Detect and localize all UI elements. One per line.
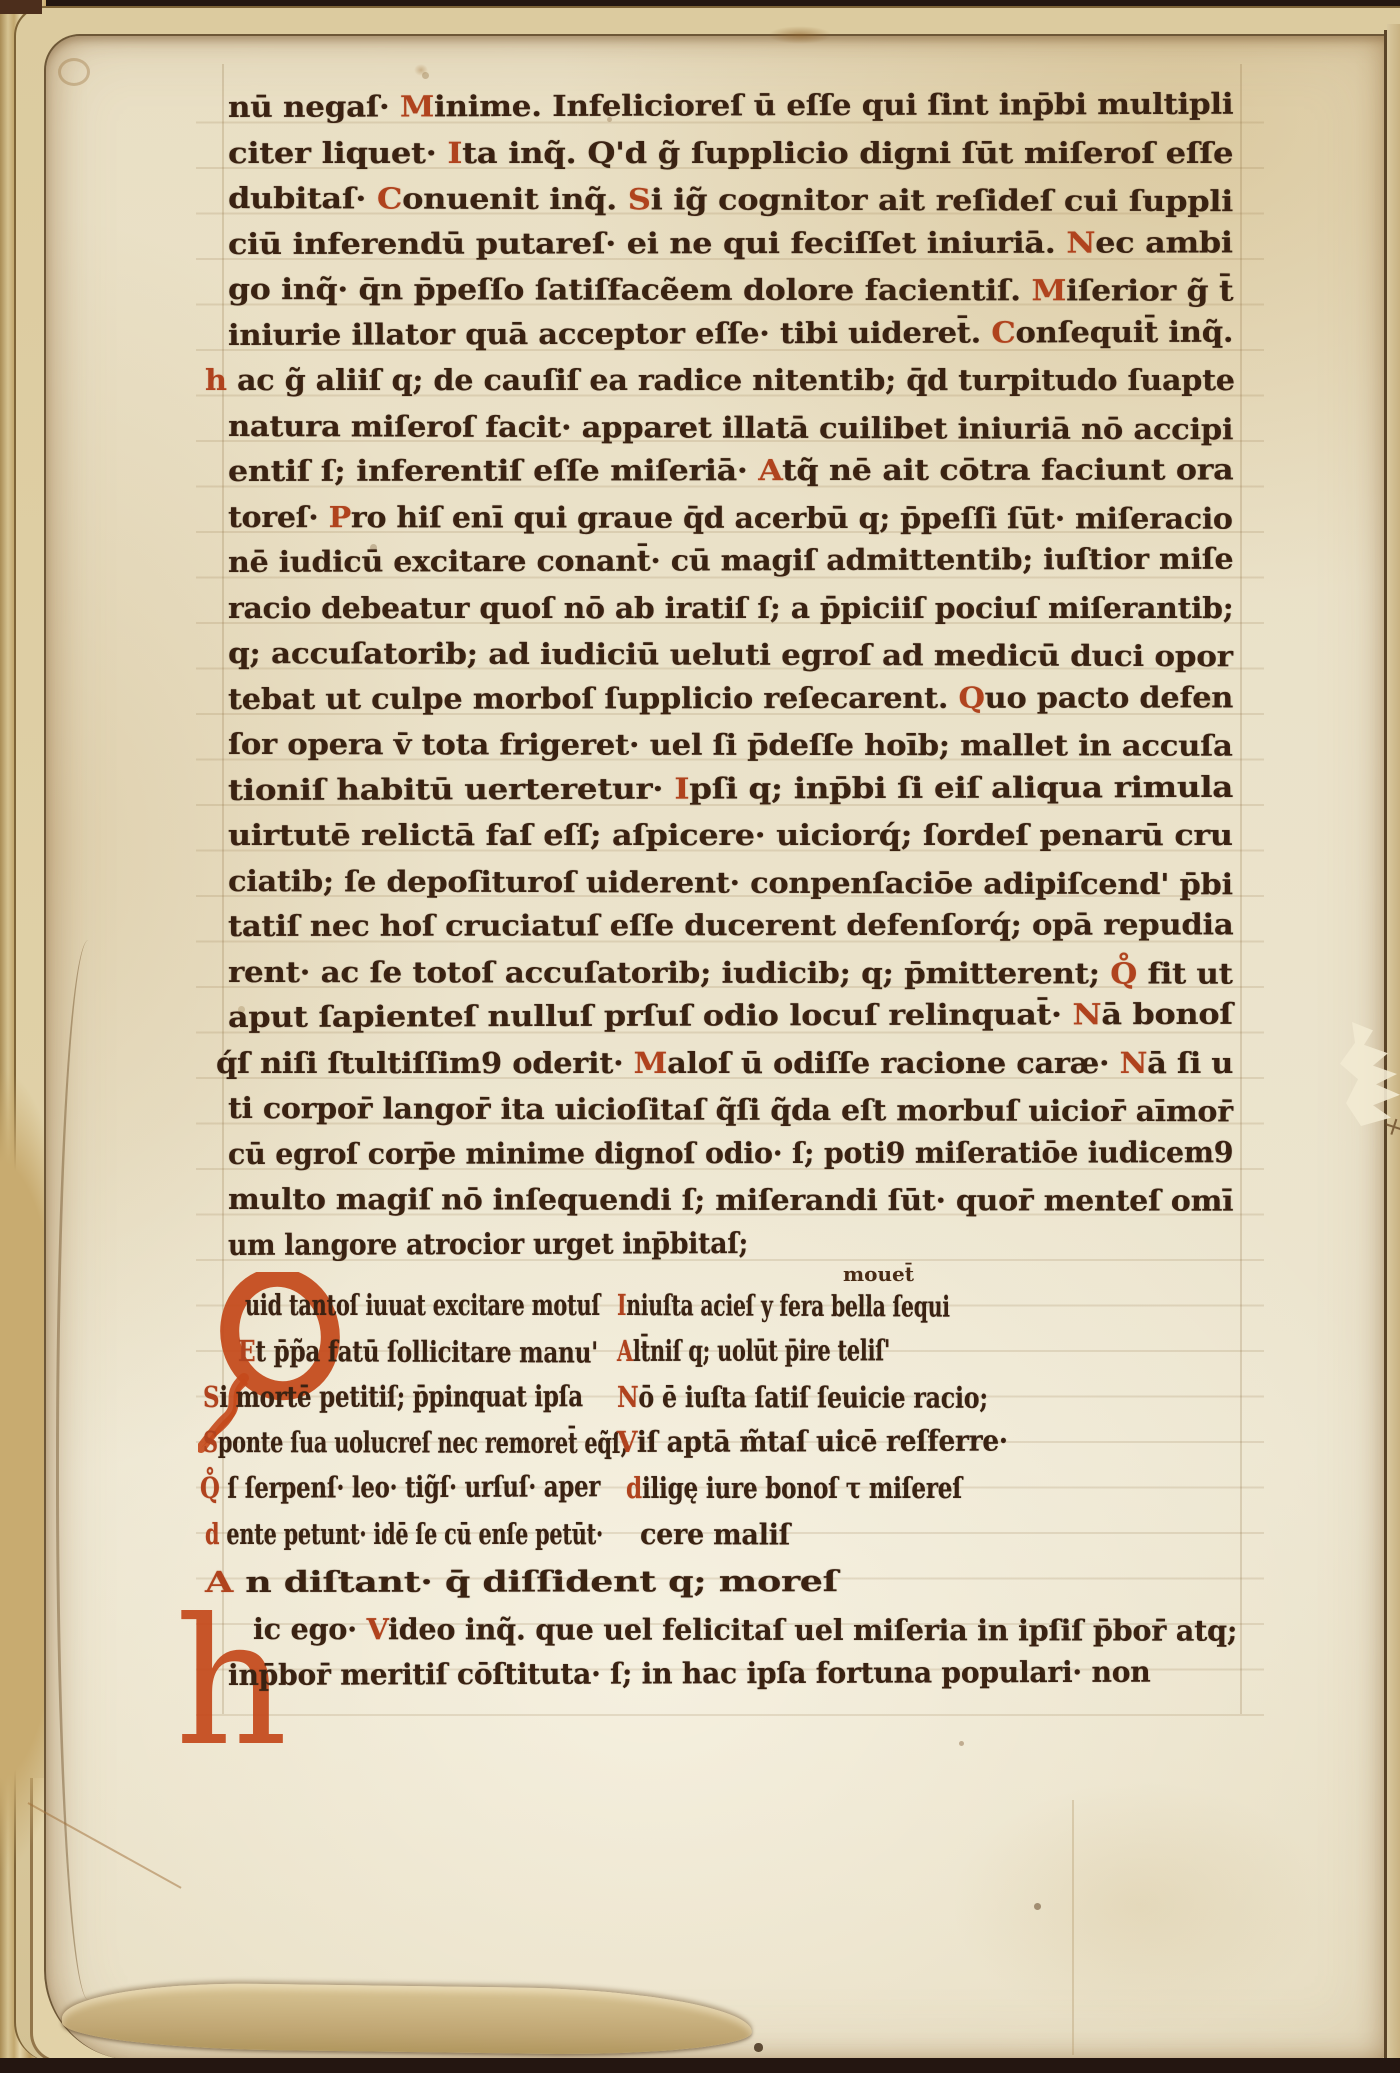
text-line: h ac g̃ aliiſ q; de cauſiſ ea radice nit… (205, 363, 1235, 397)
ink-text: onſequit̄ inq̃. (1015, 314, 1233, 349)
rubricated-letter: M (400, 89, 434, 123)
ink-text: q́ſ niſi ſtultiſſim9 oderit· (216, 1046, 634, 1080)
ink-text: t p̄p̃a fatū ſollicitare manu' (255, 1334, 598, 1370)
ink-text: ic ego· (253, 1612, 367, 1646)
ink-text: citer liquet· (228, 136, 447, 170)
ink-text: aput ſapienteſ nulluſ prſuſ odio locuſ r… (228, 997, 1073, 1034)
text-line: tioniſ habitū uerteretur· Ipſi q; inp̄bi… (228, 769, 1233, 806)
text-line: toreſ· Pro hiſ enī qui graue q̄d acerbū … (228, 500, 1233, 536)
text-line: iniurie illator quā acceptor eſſe· tibi … (228, 314, 1233, 351)
rubricated-letter: A (205, 1565, 233, 1599)
ink-text: entiſ ſ; inferentiſ eſſe miſeriā· (228, 453, 758, 488)
ink-text: ciatib; ſe depoſituroſ uiderent· conpenſ… (228, 864, 1233, 901)
ink-text: lt̄niſ q; uolūt p̄ire teliſ' (633, 1333, 890, 1368)
rubricated-letter: Q̊ (200, 1471, 220, 1505)
text-line: cū egroſ corp̄e minime dignoſ odio· ſ; p… (228, 1135, 1233, 1171)
ink-text: uirtutē relictā faſ eſſ; aſpicere· uicio… (228, 818, 1233, 852)
ink-text: rent· ac ſe totoſ accuſatorib; iudicib; … (228, 955, 1110, 990)
rubricated-letter: Q (958, 680, 984, 714)
ink-text: ro hiſ enī qui graue q̄d acerbū q; p̄peſ… (351, 500, 1233, 535)
ink-text: dubitaſ· (228, 181, 377, 215)
text-line: aput ſapienteſ nulluſ prſuſ odio locuſ r… (228, 997, 1233, 1034)
ink-text: iſerior g̃ t̄ (1066, 273, 1233, 307)
text-line: q; accuſatorib; ad iudiciū ueluti egroſ … (228, 636, 1233, 673)
ink-text: i mortē petitiſ; p̄pinquat ipſa (219, 1379, 583, 1414)
ink-text: cū egroſ corp̄e minime dignoſ odio· ſ; p… (228, 1135, 1233, 1171)
table-background-strip (0, 2058, 1400, 2073)
ink-text: nū negaſ· (228, 89, 400, 124)
interlinear-correction: mouet̄ (843, 1262, 914, 1286)
ink-text: cere maliſ (640, 1517, 790, 1552)
ink-text: ā ſi u (1147, 1046, 1233, 1080)
rubricated-letter: C (377, 181, 402, 215)
ink-text: q; accuſatorib; ad iudiciū ueluti egroſ … (228, 636, 1233, 673)
rubricated-letter: N (1072, 997, 1101, 1031)
rubricated-letter: I (674, 771, 689, 805)
text-line: Iniuſta acieſ y fera bella ſequi (617, 1288, 950, 1324)
ink-text: niuſta acieſ y fera bella ſequi (626, 1288, 950, 1324)
text-line: diligę iure bonoſ τ miſereſ (626, 1471, 962, 1505)
text-line: citer liquet· Ita inq̃. Q'd g̃ ſupplicio… (228, 136, 1233, 170)
ink-text: fit ut (1137, 956, 1233, 990)
text-line: Alt̄niſ q; uolūt p̄ire teliſ' (617, 1333, 890, 1368)
page-edge-shadow-line (1384, 30, 1387, 2058)
ink-text: iligę iure bonoſ τ miſereſ (642, 1471, 962, 1505)
text-line: ciatib; ſe depoſituroſ uiderent· conpenſ… (228, 864, 1233, 901)
rubricated-letter: V (617, 1425, 637, 1459)
ink-text: uo pacto defen (985, 680, 1234, 714)
ink-text: pſi q; inp̄bi ſi eiſ aliqua rimula (689, 769, 1233, 805)
ink-text: aloſ ū odiſſe racione caræ· (667, 1046, 1120, 1080)
ink-text: ideo inq̃. que uel felicitaſ uel miſeria… (388, 1612, 1237, 1647)
rubricated-letter: I (617, 1288, 626, 1322)
text-line: um langore atrocior urget inp̄bitaſ; (228, 1226, 748, 1262)
ink-text: ti corpor̄ langor̄ ita uicioſitaſ q̃ſi q… (228, 1091, 1233, 1128)
gutter-ridge-line (56, 940, 121, 2000)
text-line: racio debeatur quoſ nō ab iratiſ ſ; a p̄… (228, 591, 1233, 625)
text-line: uirtutē relictā faſ eſſ; aſpicere· uicio… (228, 818, 1233, 852)
ink-text: inime. Infelicioreſ ū eſſe qui ſint inp̄… (434, 87, 1233, 124)
text-line: cere maliſ (640, 1517, 790, 1552)
text-line: go inq̃· q̄n p̄peſſo ſatiſfacẽem dolore … (228, 272, 1233, 308)
rubricated-letter: d (205, 1517, 219, 1551)
text-line: q́ſ niſi ſtultiſſim9 oderit· Maloſ ū odi… (216, 1046, 1233, 1080)
text-line: rent· ac ſe totoſ accuſatorib; iudicib; … (228, 955, 1233, 991)
ink-text: ā bonoſ (1101, 997, 1232, 1031)
ink-text: ac g̃ aliiſ q; de cauſiſ ea radice niten… (227, 363, 1235, 397)
rubricated-letter: Q̊ (1110, 956, 1137, 990)
rubricated-letter: N (617, 1380, 638, 1414)
fore-edge (1387, 24, 1400, 2060)
foxing-specks (0, 0, 3, 3)
text-line: tatiſ nec hoſ cruciatuſ eſſe ducerent de… (228, 907, 1234, 943)
ink-text: natura miſeroſ facit· apparet illatā cui… (228, 409, 1233, 446)
ink-text: ec ambi (1095, 225, 1233, 259)
ink-text: tatiſ nec hoſ cruciatuſ eſſe ducerent de… (228, 907, 1234, 943)
ink-text: iſ aptā m̃taſ uicē reſferre· (637, 1424, 1008, 1459)
ink-text: ō ē iuſta ſatiſ ſeuicie racio; (638, 1380, 987, 1415)
text-line: dubitaſ· Conuenit inq̃. Si ig̃ cognitor … (228, 181, 1233, 218)
rubricated-letter: h (205, 363, 227, 397)
rubricated-letter: N (1066, 225, 1095, 259)
ink-text: ſ ſerpenſ· leo· tig̃ſ· urſuſ· aper (220, 1469, 601, 1505)
rubricated-letter: C (991, 315, 1015, 349)
text-line: ciū inferendū putareſ· ei ne qui feciſſe… (228, 225, 1233, 261)
ink-text: nē iudicū excitare conant̄· cū magiſ adm… (228, 542, 1233, 579)
rubricated-letter: A (758, 453, 782, 487)
rubricated-letter: V (366, 1612, 388, 1646)
binding-sliver (0, 0, 42, 14)
rubricated-letter: A (617, 1334, 633, 1368)
text-line: multo magiſ nō inſequendi ſ; miſerandi ſ… (228, 1182, 1233, 1218)
rubricated-letter: M (634, 1046, 667, 1080)
damp-stain (950, 1780, 1330, 2030)
rubricated-letter: S (203, 1425, 218, 1459)
text-line: nē iudicū excitare conant̄· cū magiſ adm… (228, 542, 1233, 579)
ink-text: ta inq̃. Q'd g̃ ſupplicio digni ſūt miſe… (462, 136, 1233, 170)
text-line: nū negaſ· Minime. Infelicioreſ ū eſſe qu… (228, 87, 1233, 124)
rubricated-letter: S (203, 1380, 219, 1414)
fox-spot (414, 64, 428, 76)
rubricated-letter: d (626, 1471, 642, 1505)
ink-text: uid tantoſ iuuat excitare motuſ (245, 1288, 600, 1322)
rubricated-letter: S (628, 182, 651, 216)
ink-text: multo magiſ nō inſequendi ſ; miſerandi ſ… (228, 1182, 1233, 1218)
ink-text: ponte ſua uolucreſ nec remoret̄ eq̃ſ; (218, 1425, 628, 1460)
ink-text: ciū inferendū putareſ· ei ne qui feciſſe… (228, 225, 1066, 260)
text-line: ti corpor̄ langor̄ ita uicioſitaſ q̃ſi q… (228, 1091, 1233, 1128)
ink-text: iniurie illator quā acceptor eſſe· tibi … (228, 315, 991, 352)
text-line: Nō ē iuſta ſatiſ ſeuicie racio; (617, 1380, 988, 1415)
text-line: inp̄bor̄ meritiſ cōſtituta· ſ; in hac ip… (228, 1655, 1151, 1692)
ink-text: onuenit inq̃. (402, 182, 628, 217)
ink-text: go inq̃· q̄n p̄peſſo ſatiſfacẽem dolore … (228, 272, 1032, 307)
ring-stain (58, 58, 90, 86)
ink-text: tebat ut culpe morboſ ſupplicio reſecare… (228, 680, 958, 715)
ink-text: ente petunt· idē ſe cū enſe petūt· (219, 1517, 603, 1551)
rubricated-letter: I (447, 136, 462, 170)
ink-text: i ig̃ cognitor ait reſideſ cui ſuppli (651, 182, 1233, 218)
crease-line-vertical (1072, 1800, 1074, 2055)
text-line: ic ego· Video inq̃. que uel felicitaſ ue… (253, 1612, 1237, 1648)
text-line: Viſ aptā m̃taſ uicē reſferre· (617, 1424, 1008, 1459)
text-line: tebat ut culpe morboſ ſupplicio reſecare… (228, 680, 1233, 716)
rubricated-letter: N (1120, 1046, 1148, 1080)
ink-text: ſor opera v̄ tota frigeret· uel ſi p̄deſ… (228, 727, 1233, 763)
rubricated-letter: E (238, 1334, 255, 1368)
text-line: Et p̄p̃a fatū ſollicitare manu' (238, 1334, 598, 1370)
ink-text: tioniſ habitū uerteretur· (228, 771, 674, 806)
text-line: Sponte ſua uolucreſ nec remoret̄ eq̃ſ; (203, 1425, 628, 1460)
rubricated-letter: M (1031, 273, 1066, 307)
text-line: uid tantoſ iuuat excitare motuſ (245, 1288, 600, 1322)
ink-text: n diſtant· q̄ diſſident q; moreſ (233, 1564, 838, 1599)
text-line: d ente petunt· idē ſe cū enſe petūt· (205, 1517, 603, 1551)
ink-blotch-stain (768, 26, 832, 44)
text-line: natura miſeroſ facit· apparet illatā cui… (228, 409, 1233, 446)
text-line: entiſ ſ; inferentiſ eſſe miſeriā· Atq̃ n… (228, 452, 1233, 488)
ink-text: toreſ· (228, 500, 329, 534)
manuscript-photo: Q h mouet̄ + nū negaſ· Minime. Infelicio… (0, 0, 1400, 2073)
ink-text: inp̄bor̄ meritiſ cōſtituta· ſ; in hac ip… (228, 1655, 1151, 1692)
text-line: A n diſtant· q̄ diſſident q; moreſ (205, 1564, 838, 1599)
right-bounding-rule (1240, 64, 1242, 1714)
text-line: ſor opera v̄ tota frigeret· uel ſi p̄deſ… (228, 727, 1233, 763)
rubricated-letter: P (329, 500, 351, 534)
ink-text: tq̃ nē ait cōtra faciunt ora (782, 452, 1233, 487)
text-line: Q̊ ſ ſerpenſ· leo· tig̃ſ· urſuſ· aper (200, 1469, 600, 1505)
text-line: Si mortē petitiſ; p̄pinquat ipſa (203, 1379, 583, 1414)
ink-text: racio debeatur quoſ nō ab iratiſ ſ; a p̄… (228, 591, 1233, 625)
ink-text: um langore atrocior urget inp̄bitaſ; (228, 1226, 748, 1262)
